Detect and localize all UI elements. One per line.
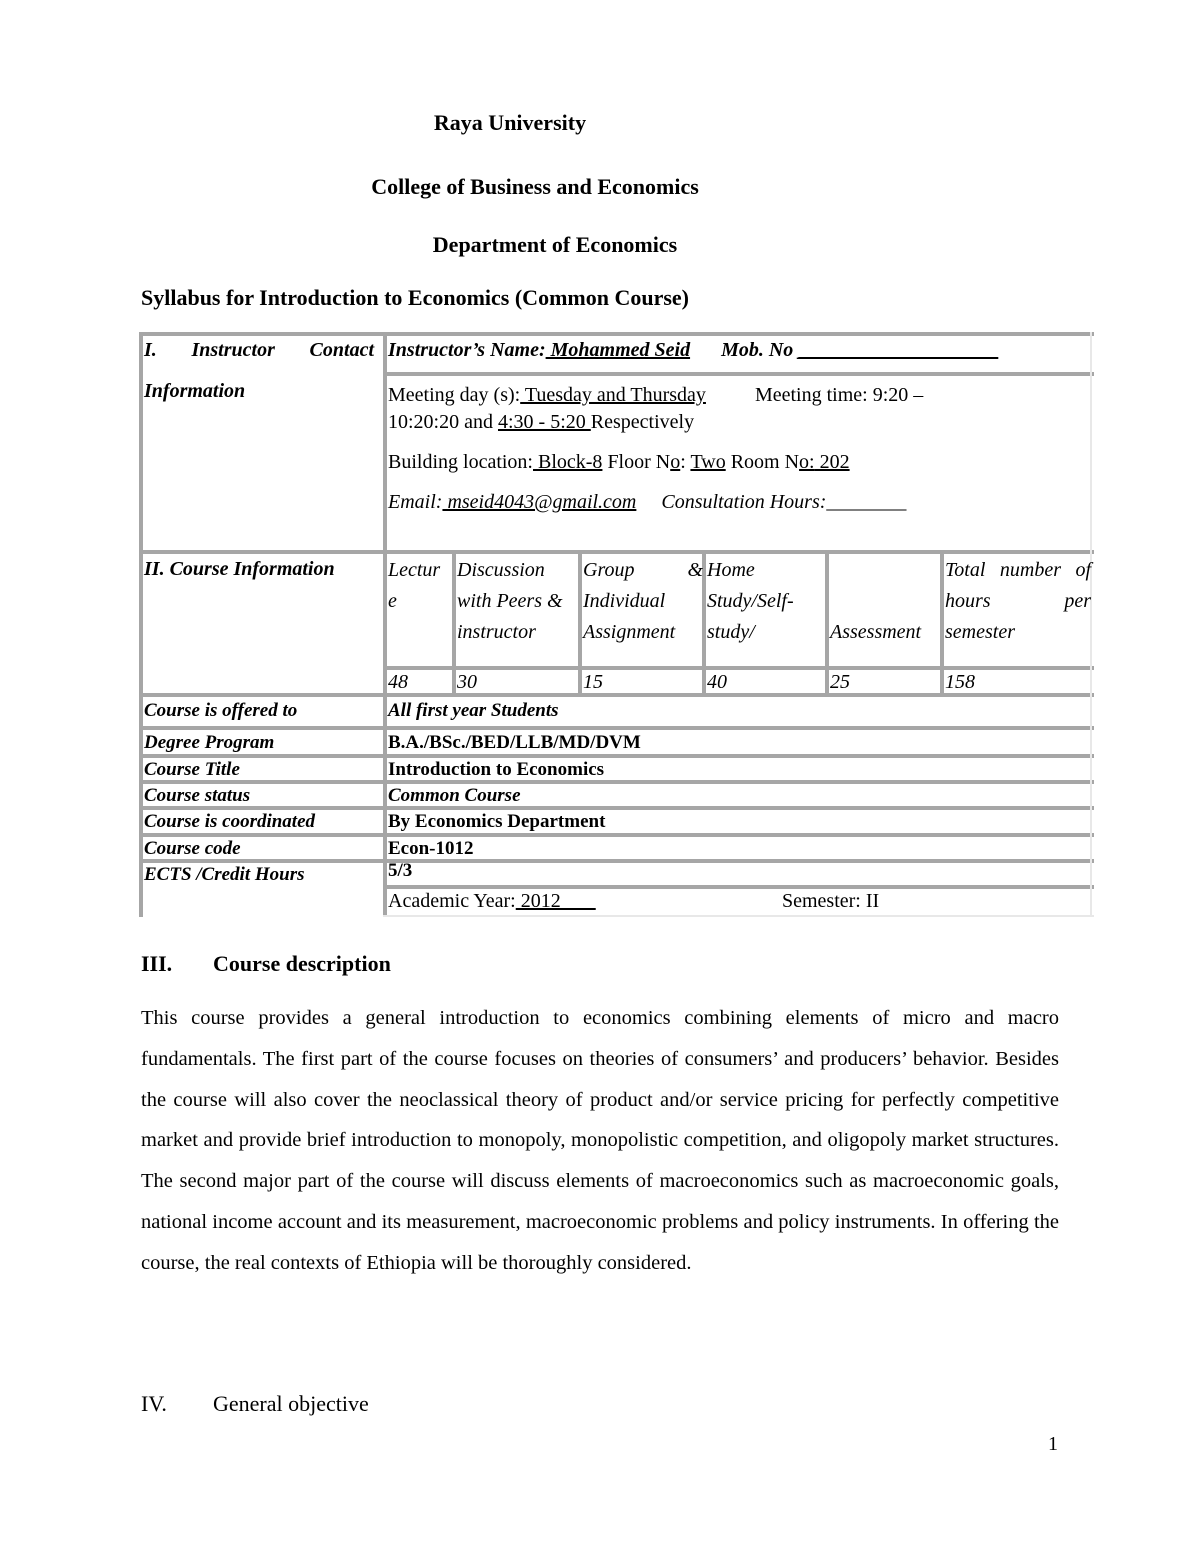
department-name: Department of Economics bbox=[0, 232, 1155, 258]
course-hours-value: 40 bbox=[707, 670, 727, 694]
detail-value: B.A./BSc./BED/LLB/MD/DVM bbox=[388, 731, 641, 755]
course-hours-header: Discussion with Peers & instructor bbox=[457, 555, 577, 648]
floor-label-o: o bbox=[670, 451, 680, 473]
course-info-label: II. Course Information bbox=[144, 557, 335, 581]
course-hours-value: 25 bbox=[830, 670, 850, 694]
instructor-section-label-2: Information bbox=[144, 379, 374, 403]
syllabus-title: Syllabus for Introduction to Economics (… bbox=[141, 285, 689, 311]
mobile-value: ____________________ bbox=[798, 339, 998, 361]
detail-label: Degree Program bbox=[144, 731, 274, 755]
detail-label: Course is coordinated bbox=[144, 810, 315, 834]
instructor-name-label: Instructor’s Name: bbox=[388, 339, 546, 361]
consultation-value: ________ bbox=[826, 491, 906, 513]
instructor-name: Mohammed Seid bbox=[546, 339, 690, 361]
detail-label: Course status bbox=[144, 784, 250, 808]
floor-value: Two bbox=[690, 451, 725, 473]
meeting-info: Meeting day (s): Tuesday and Thursday Me… bbox=[388, 382, 1078, 516]
syllabus-table: I. Instructor Contact Information Instru… bbox=[139, 332, 1094, 917]
consultation-label: Consultation Hours: bbox=[661, 491, 826, 513]
detail-value: Common Course bbox=[388, 784, 521, 808]
course-hours-value: 30 bbox=[457, 670, 477, 694]
meeting-day-value: Tuesday and Thursday bbox=[520, 384, 706, 406]
mobile-label: Mob. No bbox=[721, 339, 793, 361]
detail-label: Course code bbox=[144, 837, 241, 861]
course-description: This course provides a general introduct… bbox=[141, 998, 1059, 1284]
section-heading-general-objective: IV.General objective bbox=[141, 1391, 369, 1417]
detail-label: Course Title bbox=[144, 758, 240, 782]
email-row: Email: mseid4043@gmail.com Consultation … bbox=[388, 489, 1078, 516]
floor-colon: : bbox=[680, 451, 690, 473]
detail-value: Introduction to Economics bbox=[388, 758, 604, 782]
section-number: III. bbox=[141, 951, 213, 977]
detail-label: ECTS /Credit Hours bbox=[144, 863, 305, 887]
room-label-o: o: bbox=[799, 451, 815, 473]
meeting-time-suffix: Respectively bbox=[591, 411, 694, 433]
course-hours-value: 48 bbox=[388, 670, 408, 694]
section-title: Course description bbox=[213, 951, 391, 976]
semester: Semester: II bbox=[782, 889, 879, 913]
academic-year-value: 2012 bbox=[516, 890, 596, 912]
meeting-time-value2: 4:30 - 5:20 bbox=[498, 411, 591, 433]
room-value: 202 bbox=[815, 451, 850, 473]
course-hours-header: Group & Individual Assignment bbox=[583, 555, 703, 648]
section-heading-course-description: III.Course description bbox=[141, 951, 391, 977]
course-hours-value: 15 bbox=[583, 670, 603, 694]
detail-value: 5/3 bbox=[388, 859, 412, 883]
email-label: Email: bbox=[388, 491, 442, 513]
section-number: IV. bbox=[141, 1391, 213, 1417]
meeting-day-label: Meeting day (s): bbox=[388, 384, 520, 406]
building-label: Building location: bbox=[388, 451, 533, 473]
course-hours-header: Assessment bbox=[830, 617, 940, 648]
instructor-name-row: Instructor’s Name: Mohammed Seid Mob. No… bbox=[388, 338, 1093, 362]
detail-value: By Economics Department bbox=[388, 810, 605, 834]
course-hours-header: Lectur e bbox=[388, 555, 448, 617]
floor-label: Floor N bbox=[602, 451, 670, 473]
detail-label: Course is offered to bbox=[144, 699, 297, 723]
instructor-section-label-1: I. Instructor Contact bbox=[144, 338, 374, 362]
meeting-time-label: Meeting time: 9:20 – bbox=[755, 384, 923, 406]
detail-value: Econ-1012 bbox=[388, 837, 474, 861]
academic-year-label: Academic Year: bbox=[388, 890, 516, 912]
page-number: 1 bbox=[1048, 1433, 1058, 1456]
meeting-time-cont: 10:20:20 and bbox=[388, 411, 498, 433]
building-value: Block-8 bbox=[533, 451, 602, 473]
email-link[interactable]: mseid4043@gmail.com bbox=[442, 491, 636, 513]
university-name: Raya University bbox=[0, 110, 1110, 136]
room-label: Room N bbox=[726, 451, 799, 473]
section-title: General objective bbox=[213, 1391, 369, 1416]
building-location-row: Building location: Block-8 Floor No: Two… bbox=[388, 449, 1078, 476]
course-hours-header: Home Study/Self-study/ bbox=[707, 555, 825, 648]
course-hours-value: 158 bbox=[945, 670, 975, 694]
course-hours-header: Total number of hours per semester bbox=[945, 555, 1091, 648]
college-name: College of Business and Economics bbox=[0, 174, 1135, 200]
academic-year: Academic Year: 2012 bbox=[388, 889, 596, 913]
document-page: Raya University College of Business and … bbox=[0, 0, 1200, 1553]
detail-value: All first year Students bbox=[388, 699, 559, 723]
